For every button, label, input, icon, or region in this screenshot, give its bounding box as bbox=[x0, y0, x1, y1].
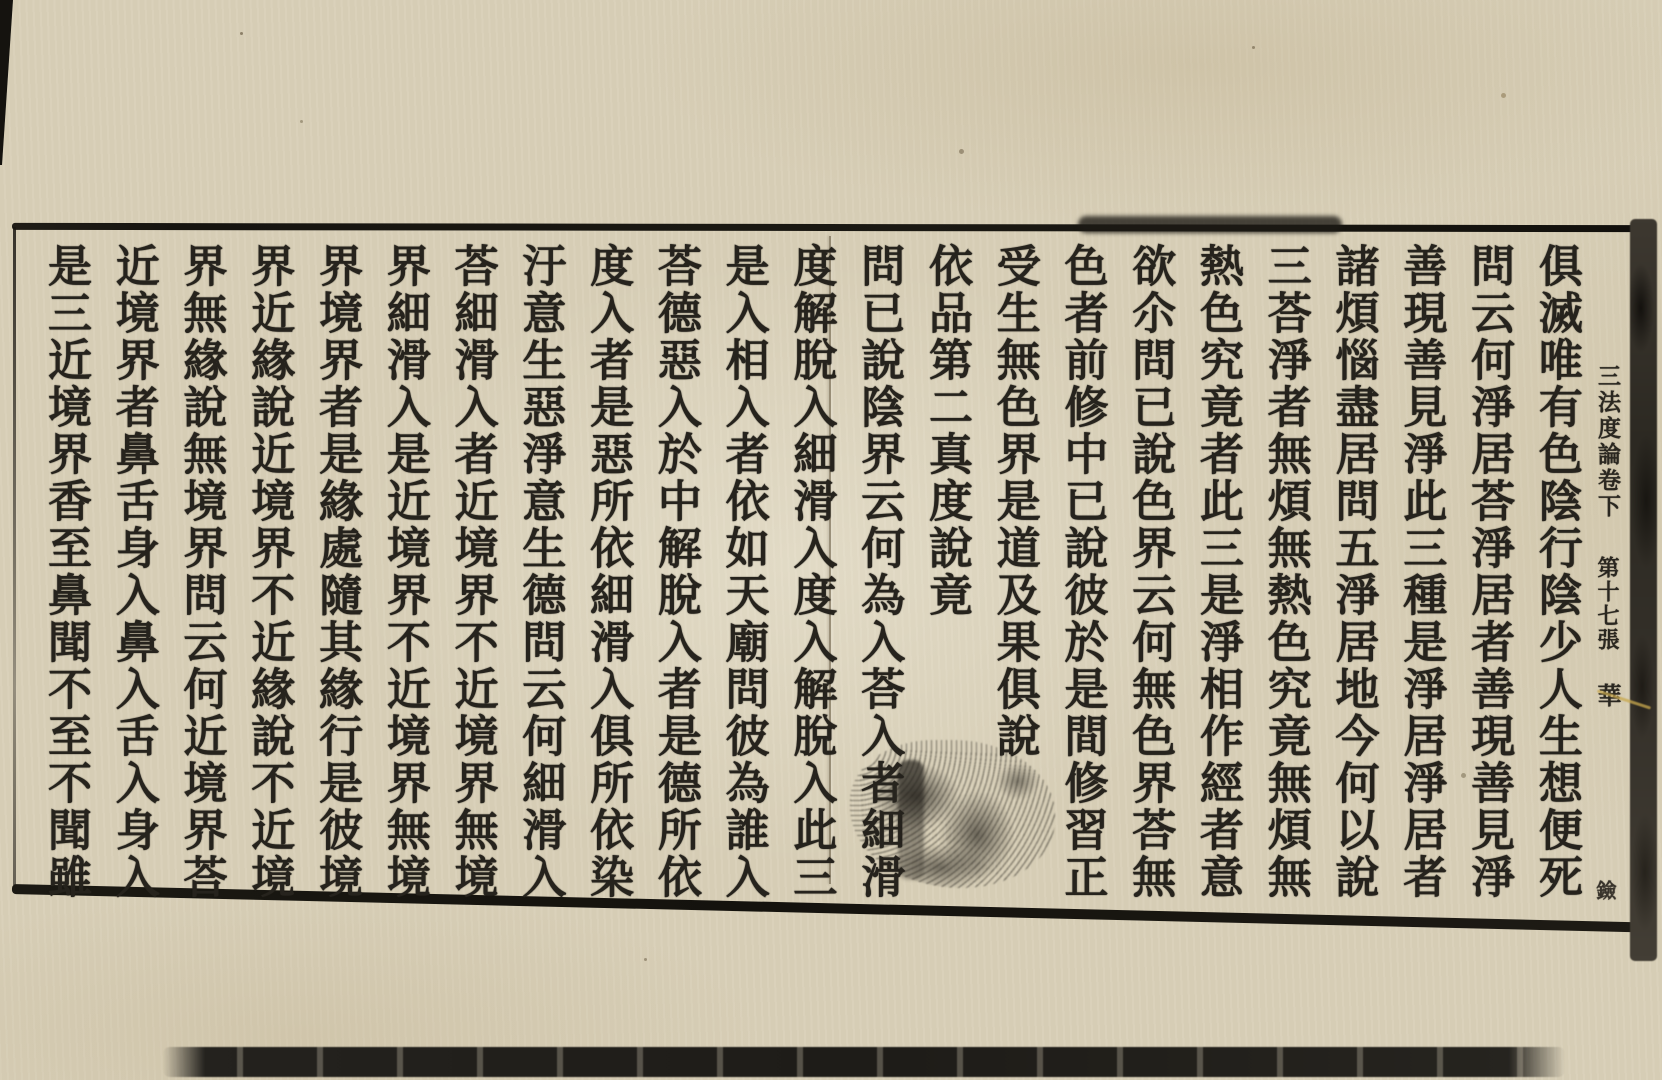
text-column-2: 問云何淨居荅淨居者善現善見淨 bbox=[1459, 243, 1517, 903]
text-column-18: 界細滑入是近境界不近境界無境 bbox=[375, 243, 433, 903]
text-column-7: 欲尒問已說色界云何無色界荅無 bbox=[1120, 243, 1178, 903]
text-column-14: 荅德惡入於中解脫入者是德所依 bbox=[646, 243, 704, 903]
text-column-22: 近境界者鼻舌身入鼻入舌入身入 bbox=[104, 243, 162, 903]
ink-streak bbox=[898, 760, 924, 880]
text-column-20: 界近緣說近境界不近緣說不近境 bbox=[239, 243, 297, 903]
right-border-band bbox=[1630, 219, 1657, 961]
text-column-1: 俱滅唯有色陰行陰少人生想便死 bbox=[1527, 243, 1585, 903]
text-column-16: 汙意生惡淨意生德問云何細滑入 bbox=[510, 243, 568, 903]
bottom-scan-band bbox=[163, 1047, 1565, 1077]
manuscript-scan: 俱滅唯有色陰行陰少人生想便死 問云何淨居荅淨居者善現善見淨 善現善見淨此三種是淨… bbox=[0, 0, 1662, 1080]
text-column-21: 界無緣說無境界問云何近境界荅 bbox=[172, 243, 230, 903]
engraver-mark: 鐱 bbox=[1592, 880, 1618, 900]
text-column-8: 色者前修中已說彼於是間修習正 bbox=[1052, 243, 1110, 903]
text-column-4: 諸煩惱盡居問五淨居地今何以說 bbox=[1324, 243, 1382, 903]
text-column-6: 熱色究竟者此三是淨相作經者意 bbox=[1188, 243, 1246, 903]
text-column-5: 三荅淨者無煩無熱色究竟無煩無 bbox=[1256, 243, 1314, 903]
text-column-13: 是入相入者依如天廟問彼為誰入 bbox=[714, 243, 772, 903]
paper-specks bbox=[240, 32, 243, 35]
text-column-3: 善現善見淨此三種是淨居淨居者 bbox=[1391, 243, 1449, 903]
text-column-19: 界境界者是緣處隨其緣行是彼境 bbox=[307, 243, 365, 903]
text-column-23: 是三近境界香至鼻聞不至不聞雖 bbox=[36, 243, 94, 903]
text-column-15: 度入者是惡所依細滑入俱所依染 bbox=[578, 243, 636, 903]
volume-title: 三法度論卷下 bbox=[1592, 364, 1622, 520]
sheet-number: 第十七張 bbox=[1592, 556, 1622, 652]
top-rule-ink-smudge bbox=[1078, 216, 1342, 233]
left-rule bbox=[13, 227, 16, 885]
margin-header-column: 三法度論卷下 第十七張 華 鐱 bbox=[1588, 240, 1626, 930]
corner-shadow bbox=[0, 0, 16, 170]
top-rule bbox=[12, 223, 1656, 232]
text-column-12: 度解脫入細滑入度入解脫入此三 bbox=[781, 243, 839, 903]
text-block: 俱滅唯有色陰行陰少人生想便死 問云何淨居荅淨居者善現善見淨 善現善見淨此三種是淨… bbox=[36, 243, 1585, 903]
text-column-17: 荅細滑入者近境界不近境界無境 bbox=[443, 243, 501, 903]
